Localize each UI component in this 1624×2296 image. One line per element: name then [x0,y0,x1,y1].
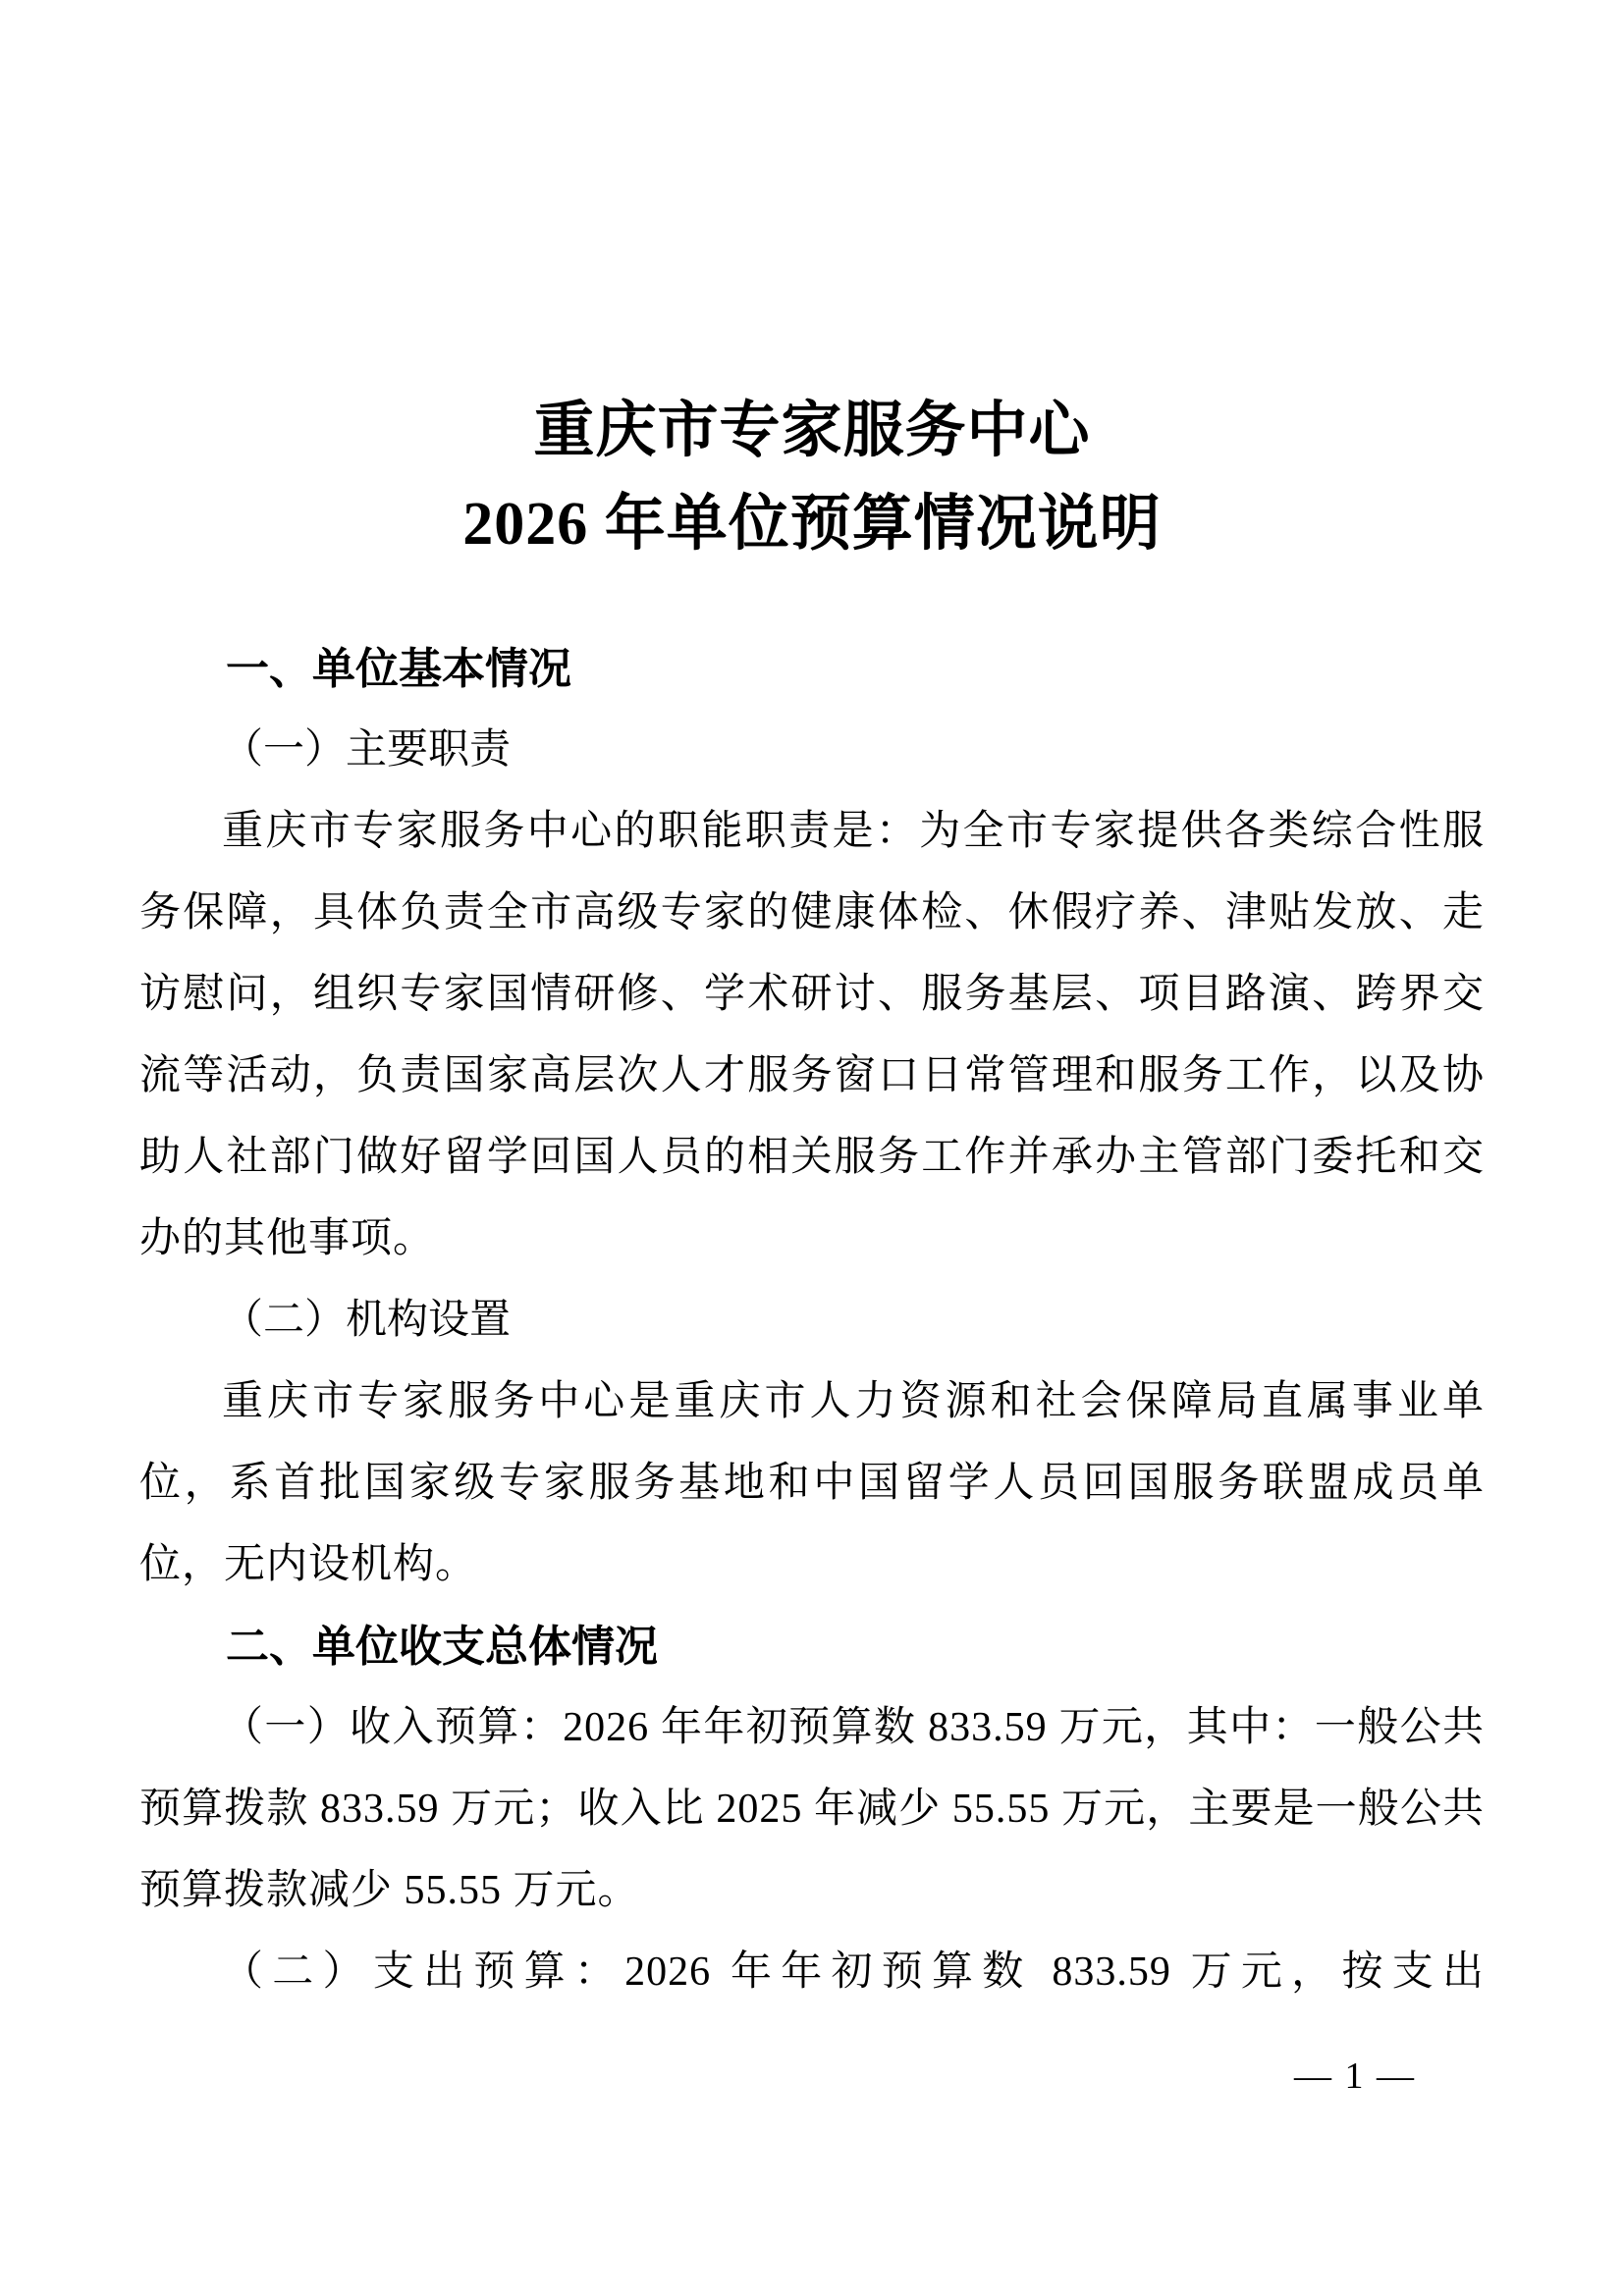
document-page: 重庆市专家服务中心 2026 年单位预算情况说明 一、单位基本情况 （一）主要职… [0,0,1624,2296]
page-number: — 1 — [1294,2055,1416,2098]
subsection-heading-org-setup: （二）机构设置 [139,1280,1485,1362]
subsection-heading-main-duties: （一）主要职责 [139,710,1485,791]
paragraph-main-duties: 重庆市专家服务中心的职能职责是：为全市专家提供各类综合性服务保障，具体负责全市高… [139,791,1485,1280]
paragraph-income-budget: （一）收入预算：2026 年年初预算数 833.59 万元，其中：一般公共预算拨… [139,1687,1485,1932]
section-heading-budget-overview: 二、单位收支总体情况 [139,1606,1485,1687]
document-body: 一、单位基本情况 （一）主要职责 重庆市专家服务中心的职能职责是：为全市专家提供… [139,628,1485,2013]
paragraph-org-setup: 重庆市专家服务中心是重庆市人力资源和社会保障局直属事业单位，系首批国家级专家服务… [139,1362,1485,1606]
section-heading-basic-info: 一、单位基本情况 [139,628,1485,710]
document-title: 重庆市专家服务中心 2026 年单位预算情况说明 [139,385,1485,571]
paragraph-expense-budget: （二）支出预算：2026 年年初预算数 833.59 万元，按支出 [139,1932,1485,2013]
title-line-2: 2026 年单位预算情况说明 [139,478,1485,571]
title-line-1: 重庆市专家服务中心 [139,385,1485,478]
